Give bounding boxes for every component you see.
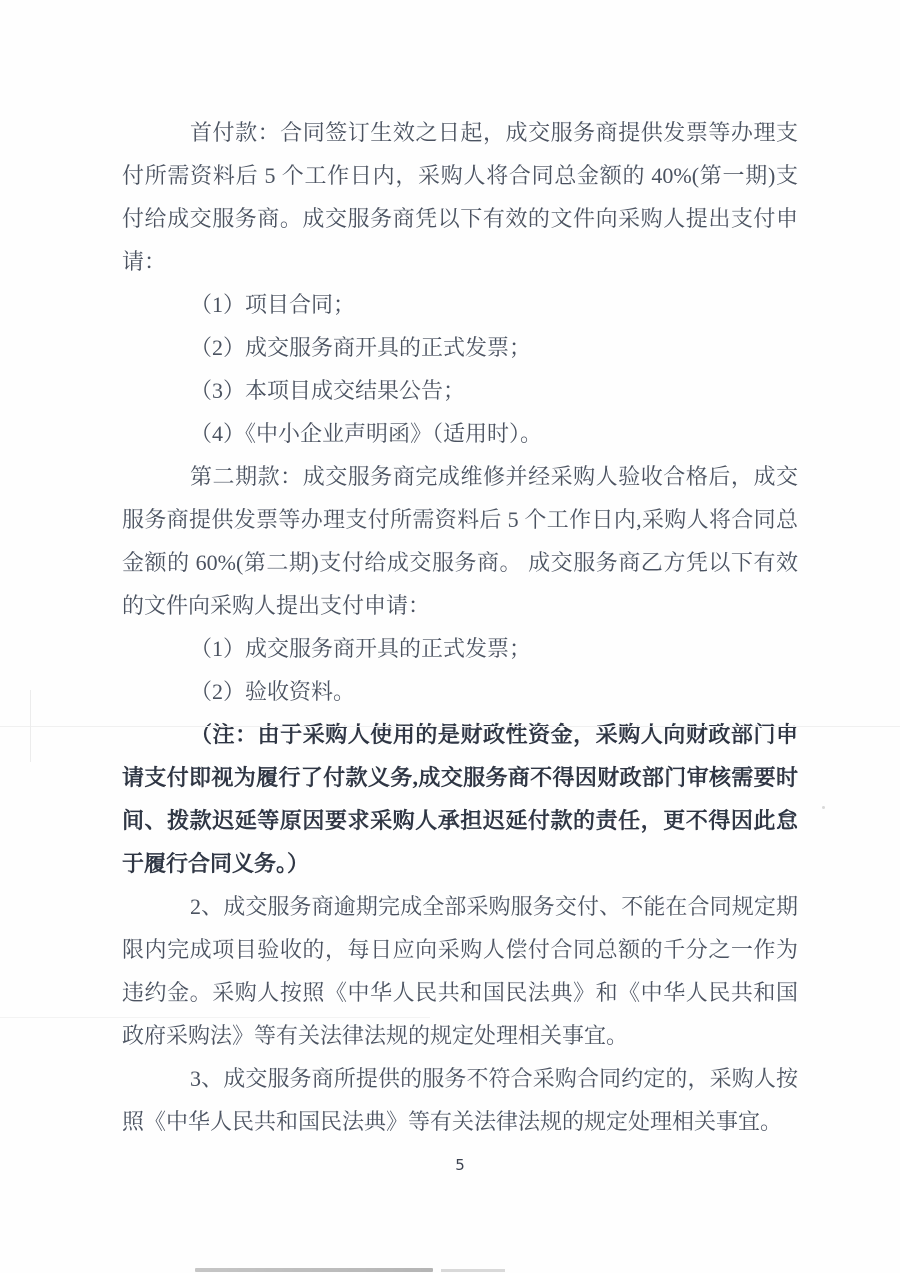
- payment1-list-item-4: （4）《中小企业声明函》（适用时）。: [122, 412, 798, 455]
- payment2-list-item-2: （2）验收资料。: [122, 670, 798, 713]
- payment2-list-item-1: （1）成交服务商开具的正式发票；: [122, 627, 798, 670]
- scan-artifact-vertical-line: [30, 690, 31, 762]
- payment1-list-item-2: （2）成交服务商开具的正式发票；: [122, 326, 798, 369]
- paragraph-second-payment: 第二期款：成交服务商完成维修并经采购人验收合格后，成交服务商提供发票等办理支付所…: [122, 455, 798, 627]
- page-number: 5: [0, 1153, 900, 1177]
- scan-artifact-bottom-smudge-left: [195, 1268, 433, 1272]
- payment1-list-item-1: （1）项目合同；: [122, 283, 798, 326]
- paragraph-clause-3: 3、成交服务商所提供的服务不符合采购合同约定的，采购人按照《中华人民共和国民法典…: [122, 1057, 798, 1143]
- paragraph-fiscal-note: （注：由于采购人使用的是财政性资金，采购人向财政部门申请支付即视为履行了付款义务…: [122, 713, 798, 885]
- scan-artifact-band-edge-2: [0, 1017, 430, 1018]
- scan-artifact-bottom-smudge-right: [441, 1269, 505, 1272]
- scan-artifact-band-edge: [0, 726, 900, 727]
- contract-body-text: 首付款：合同签订生效之日起，成交服务商提供发票等办理支付所需资料后 5 个工作日…: [122, 111, 798, 1143]
- paragraph-first-payment: 首付款：合同签订生效之日起，成交服务商提供发票等办理支付所需资料后 5 个工作日…: [122, 111, 798, 283]
- paragraph-clause-2: 2、成交服务商逾期完成全部采购服务交付、不能在合同规定期限内完成项目验收的，每日…: [122, 885, 798, 1057]
- scanned-contract-page: 首付款：合同签订生效之日起，成交服务商提供发票等办理支付所需资料后 5 个工作日…: [0, 0, 900, 1273]
- scan-artifact-speck: [822, 806, 825, 809]
- payment1-list-item-3: （3）本项目成交结果公告；: [122, 369, 798, 412]
